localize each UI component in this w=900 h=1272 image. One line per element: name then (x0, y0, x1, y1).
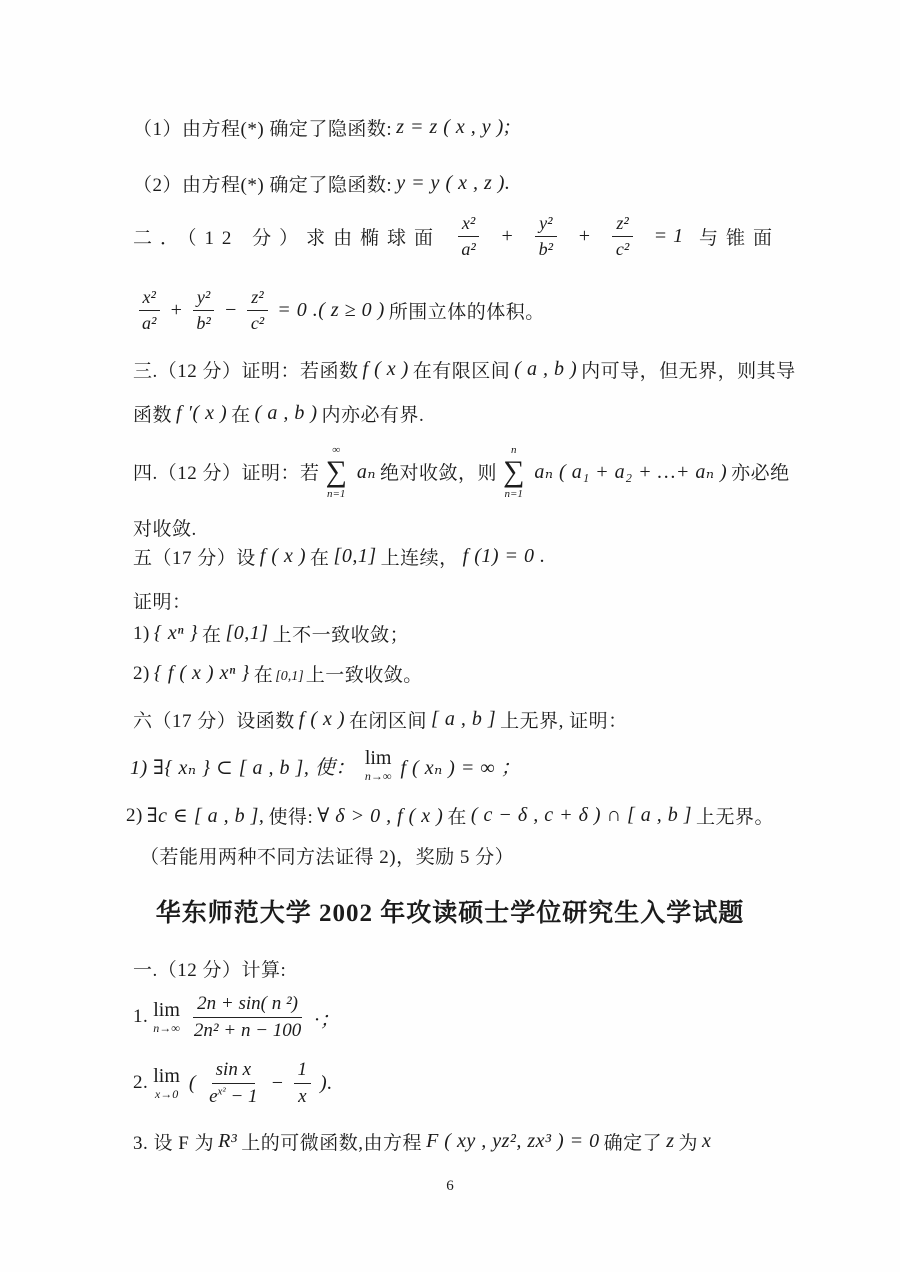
numerator: y² (193, 286, 214, 311)
question-4-line-1: 四.（12 分）证明：若 ∞ ∑ n=1 aₙ 绝对收敛，则 n ∑ n=1 a… (133, 444, 780, 500)
numerator: 1 (294, 1058, 312, 1084)
summation-operator: ∞ ∑ n=1 (326, 444, 347, 500)
text-segment: 上一致收敛。 (306, 660, 423, 687)
question-5-line-1: 五（17 分）设 f ( x ) 在 [0,1] 上连续， f (1) = 0 … (133, 543, 780, 570)
math-z: z (662, 1130, 678, 1153)
den-base: e (209, 1086, 217, 1107)
text-segment: 一.（12 分）计算: (133, 955, 286, 982)
math-x: x (698, 1130, 715, 1153)
limit-operator: lim x→0 (153, 1066, 180, 1100)
math-neighborhood-intersection: ( c − δ , c + δ ) ∩ [ a , b ] (467, 804, 696, 827)
question-6-item-2: 2) ∃c ∈ [ a , b ], 使得: ∀ δ > 0 , f ( x )… (126, 802, 780, 829)
equals-one: = 1 (650, 225, 688, 248)
fraction-y2b2: y² b² (535, 212, 557, 260)
text-segment: 在闭区间 (349, 706, 427, 733)
sum-lower-limit: n=1 (327, 488, 345, 500)
math-interval-ab: ( a , b ) (251, 402, 322, 425)
question-1-lead: 一.（12 分）计算: (133, 955, 780, 982)
limit-problem-2: 2. lim x→0 ( sin x ex² − 1 − 1 x ). (133, 1058, 780, 1109)
text-segment: 在 (310, 543, 330, 570)
plus-sign: + (496, 225, 518, 248)
page-number: 6 (0, 1178, 900, 1195)
text-segment: 上无界。 (696, 802, 774, 829)
question-6-line-1: 六（17 分）设函数 f ( x ) 在闭区间 [ a , b ] 上无界, 证… (133, 706, 780, 733)
math-partial-sum: aₙ ( a₁ + a₂ + …+ aₙ ) (530, 459, 731, 484)
math-xn-sequence: { xⁿ } (150, 622, 202, 645)
question-3-line-2: 函数 f ′( x ) 在 ( a , b ) 内亦必有界. (133, 400, 780, 427)
text-segment: 亦必绝 (731, 458, 790, 485)
question-2-tail-1: 与锥面 (699, 223, 780, 250)
numerator: 2n + sin( n ²) (193, 992, 302, 1018)
lim-subscript: n→∞ (365, 770, 392, 782)
item-number: 1) (133, 623, 150, 645)
plus-sign: + (573, 225, 595, 248)
math-f1-equals-0: f (1) = 0 . (459, 545, 550, 568)
question-5-item-1: 1) { xⁿ } 在 [0,1] 上不一致收敛； (133, 620, 780, 647)
math-F-equation: F ( xy , yz², zx³ ) = 0 (422, 1130, 604, 1153)
math-interval-01: [0,1] (222, 622, 273, 645)
open-paren: ( (185, 1072, 200, 1095)
prev-item-1: （1）由方程(*) 确定了隐函数: z = z ( x , y ); (133, 114, 780, 141)
exam-title-2002: 华东师范大学 2002 年攻读硕士学位研究生入学试题 (0, 893, 900, 929)
math-interval-ab: [ a , b ] (427, 708, 500, 731)
question-4-lead: 四.（12 分）证明：若 (133, 458, 320, 485)
text-segment: 上不一致收敛； (273, 620, 410, 647)
text-segment: 在 (447, 802, 467, 829)
fraction-x2a2: x² a² (457, 212, 479, 260)
problem-3: 3. 设 F 为 R³ 上的可微函数,由方程 F ( xy , yz², zx³… (133, 1128, 780, 1155)
text-segment: 在有限区间 (413, 356, 511, 383)
numerator: y² (535, 212, 556, 237)
item-number: 2. (133, 1072, 148, 1094)
math-f-prime-x: f ′( x ) (172, 402, 231, 425)
question-2-tail-2: 所围立体的体积。 (389, 297, 545, 324)
denominator: b² (192, 311, 214, 335)
text-segment: 上无界, 证明： (500, 706, 628, 733)
lim-word: lim (153, 1066, 180, 1086)
text-segment: 使得: (268, 802, 313, 829)
denominator: b² (535, 237, 557, 261)
minus-sign: − (267, 1072, 289, 1095)
math-exists-sequence: 1) ∃{ xₙ } ⊂ [ a , b ], 使： (126, 751, 360, 780)
text-segment: 三.（12 分）证明：若函数 (133, 356, 359, 383)
item-number: 1. (133, 1006, 148, 1028)
prev-item-2-math: y = y ( x , z ). (392, 172, 514, 195)
math-exists-c: ∃c ∈ [ a , b ], (143, 803, 269, 828)
text-segment: 六（17 分）设函数 (133, 706, 295, 733)
item-number: 2) (133, 663, 150, 685)
summation-operator: n ∑ n=1 (503, 444, 524, 500)
plus-sign: + (165, 299, 187, 322)
question-6-bonus: （若能用两种不同方法证得 2)，奖励 5 分） (140, 842, 780, 869)
math-interval-01-small: [0,1] (273, 669, 305, 685)
lim-subscript: x→0 (155, 1088, 178, 1100)
sum-lower-limit: n=1 (505, 488, 523, 500)
den-exponent: x² (218, 1085, 226, 1097)
fraction-sinx: sin x ex² − 1 (205, 1058, 261, 1109)
text-segment: 上的可微函数,由方程 (241, 1128, 422, 1155)
sigma-icon: ∑ (326, 456, 347, 488)
question-6-item-1: 1) ∃{ xₙ } ⊂ [ a , b ], 使： lim n→∞ f ( x… (126, 748, 780, 782)
limit-operator: lim n→∞ (365, 748, 392, 782)
lim-word: lim (365, 748, 392, 768)
numerator: x² (139, 286, 160, 311)
text-segment: 确定了 (604, 1128, 663, 1155)
numerator: x² (458, 212, 479, 237)
text-segment: 内亦必有界. (322, 400, 425, 427)
limit-operator: lim n→∞ (153, 1000, 180, 1034)
lim-word: lim (153, 1000, 180, 1020)
question-2-lead: 二．（12 分）求由椭球面 (133, 223, 441, 250)
text-segment: 在 (254, 660, 274, 687)
lim-subscript: n→∞ (153, 1022, 180, 1034)
math-interval-01: [0,1] (330, 545, 381, 568)
den-rest: − 1 (226, 1086, 258, 1107)
math-fx: f ( x ) (256, 545, 310, 568)
question-2-line-2: x² a² + y² b² − z² c² = 0 .( z ≥ 0 ) 所围立… (133, 286, 780, 334)
text-segment: 3. 设 F 为 (133, 1128, 214, 1155)
item-number: 2) (126, 805, 143, 827)
fraction-z2c2: z² c² (612, 212, 633, 260)
text-segment: 五（17 分）设 (133, 543, 256, 570)
close-paren: ). (316, 1072, 337, 1095)
text-segment: 函数 (133, 400, 172, 427)
denominator: a² (138, 311, 160, 335)
prev-item-2: （2）由方程(*) 确定了隐函数: y = y ( x , z ). (133, 170, 780, 197)
fraction-z2c2: z² c² (247, 286, 268, 334)
prev-item-1-label: （1）由方程(*) 确定了隐函数: (133, 114, 392, 141)
question-4-line-2: 对收敛. (133, 514, 780, 541)
limit-problem-1: 1. lim n→∞ 2n + sin( n ²) 2n² + n − 100 … (133, 992, 780, 1043)
prev-item-1-math: z = z ( x , y ); (392, 116, 515, 139)
punctuation: ·； (310, 1003, 344, 1032)
math-limit-equals-infinity: f ( xₙ ) = ∞ ； (396, 751, 525, 780)
question-3-line-1: 三.（12 分）证明：若函数 f ( x ) 在有限区间 ( a , b ) 内… (133, 356, 780, 383)
text-segment: 上连续， (381, 543, 459, 570)
numerator: z² (247, 286, 267, 311)
text-segment: 内可导，但无界，则其导 (581, 356, 796, 383)
fraction-1x: 1 x (294, 1058, 312, 1109)
math-fx: f ( x ) (359, 358, 413, 381)
bonus-note: （若能用两种不同方法证得 2)，奖励 5 分） (140, 842, 514, 869)
text-segment: 为 (678, 1128, 698, 1155)
denominator: a² (457, 237, 479, 261)
text-segment: 证明： (133, 587, 192, 614)
numerator: z² (612, 212, 632, 237)
minus-sign: − (220, 299, 242, 322)
fraction-x2a2: x² a² (138, 286, 160, 334)
math-fxxn-sequence: { f ( x ) xⁿ } (150, 662, 254, 685)
question-5-proof-label: 证明： (133, 587, 780, 614)
math-interval-ab: ( a , b ) (510, 358, 581, 381)
text-segment: 在 (202, 620, 222, 647)
denominator: c² (612, 237, 633, 261)
sigma-icon: ∑ (503, 456, 524, 488)
exam-page: （1）由方程(*) 确定了隐函数: z = z ( x , y ); （2）由方… (0, 0, 900, 1272)
text-segment: 绝对收敛，则 (380, 458, 497, 485)
fraction-limit-1: 2n + sin( n ²) 2n² + n − 100 (190, 992, 305, 1043)
question-5-item-2: 2) { f ( x ) xⁿ } 在 [0,1] 上一致收敛。 (133, 660, 780, 687)
text-segment: 在 (231, 400, 251, 427)
math-fx: f ( x ) (295, 708, 349, 731)
fraction-y2b2: y² b² (192, 286, 214, 334)
denominator: x (294, 1084, 310, 1109)
denominator: 2n² + n − 100 (190, 1018, 305, 1043)
denominator: ex² − 1 (205, 1084, 261, 1109)
question-2-line-1: 二．（12 分）求由椭球面 x² a² + y² b² + z² c² = 1 … (133, 212, 780, 260)
denominator: c² (247, 311, 268, 335)
prev-item-2-label: （2）由方程(*) 确定了隐函数: (133, 170, 392, 197)
numerator: sin x (212, 1058, 255, 1084)
math-forall-delta: ∀ δ > 0 , f ( x ) (313, 803, 447, 828)
math-an: aₙ (353, 459, 380, 484)
math-r3: R³ (214, 1130, 241, 1153)
text-segment: 对收敛. (133, 514, 197, 541)
equals-zero-condition: = 0 .( z ≥ 0 ) (273, 299, 389, 322)
